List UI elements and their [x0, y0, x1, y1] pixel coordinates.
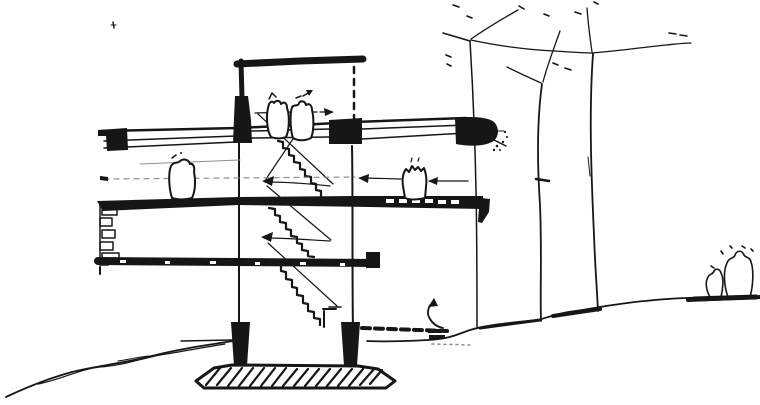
pier-left [231, 322, 250, 366]
figure-mid-right [403, 166, 427, 200]
slab-right-end [366, 252, 380, 268]
shaft-wall-right [352, 146, 353, 330]
figure-roof-left [267, 101, 289, 139]
sketch-canvas [0, 0, 760, 405]
roof-left-wall [241, 61, 242, 98]
slab-block-under-box-right [329, 118, 362, 144]
section-sketch [0, 0, 760, 405]
slab-right-end-blob [455, 117, 498, 146]
pier-right [341, 322, 360, 366]
figure-mid-left [169, 160, 195, 200]
figure-roof-right [291, 101, 314, 140]
